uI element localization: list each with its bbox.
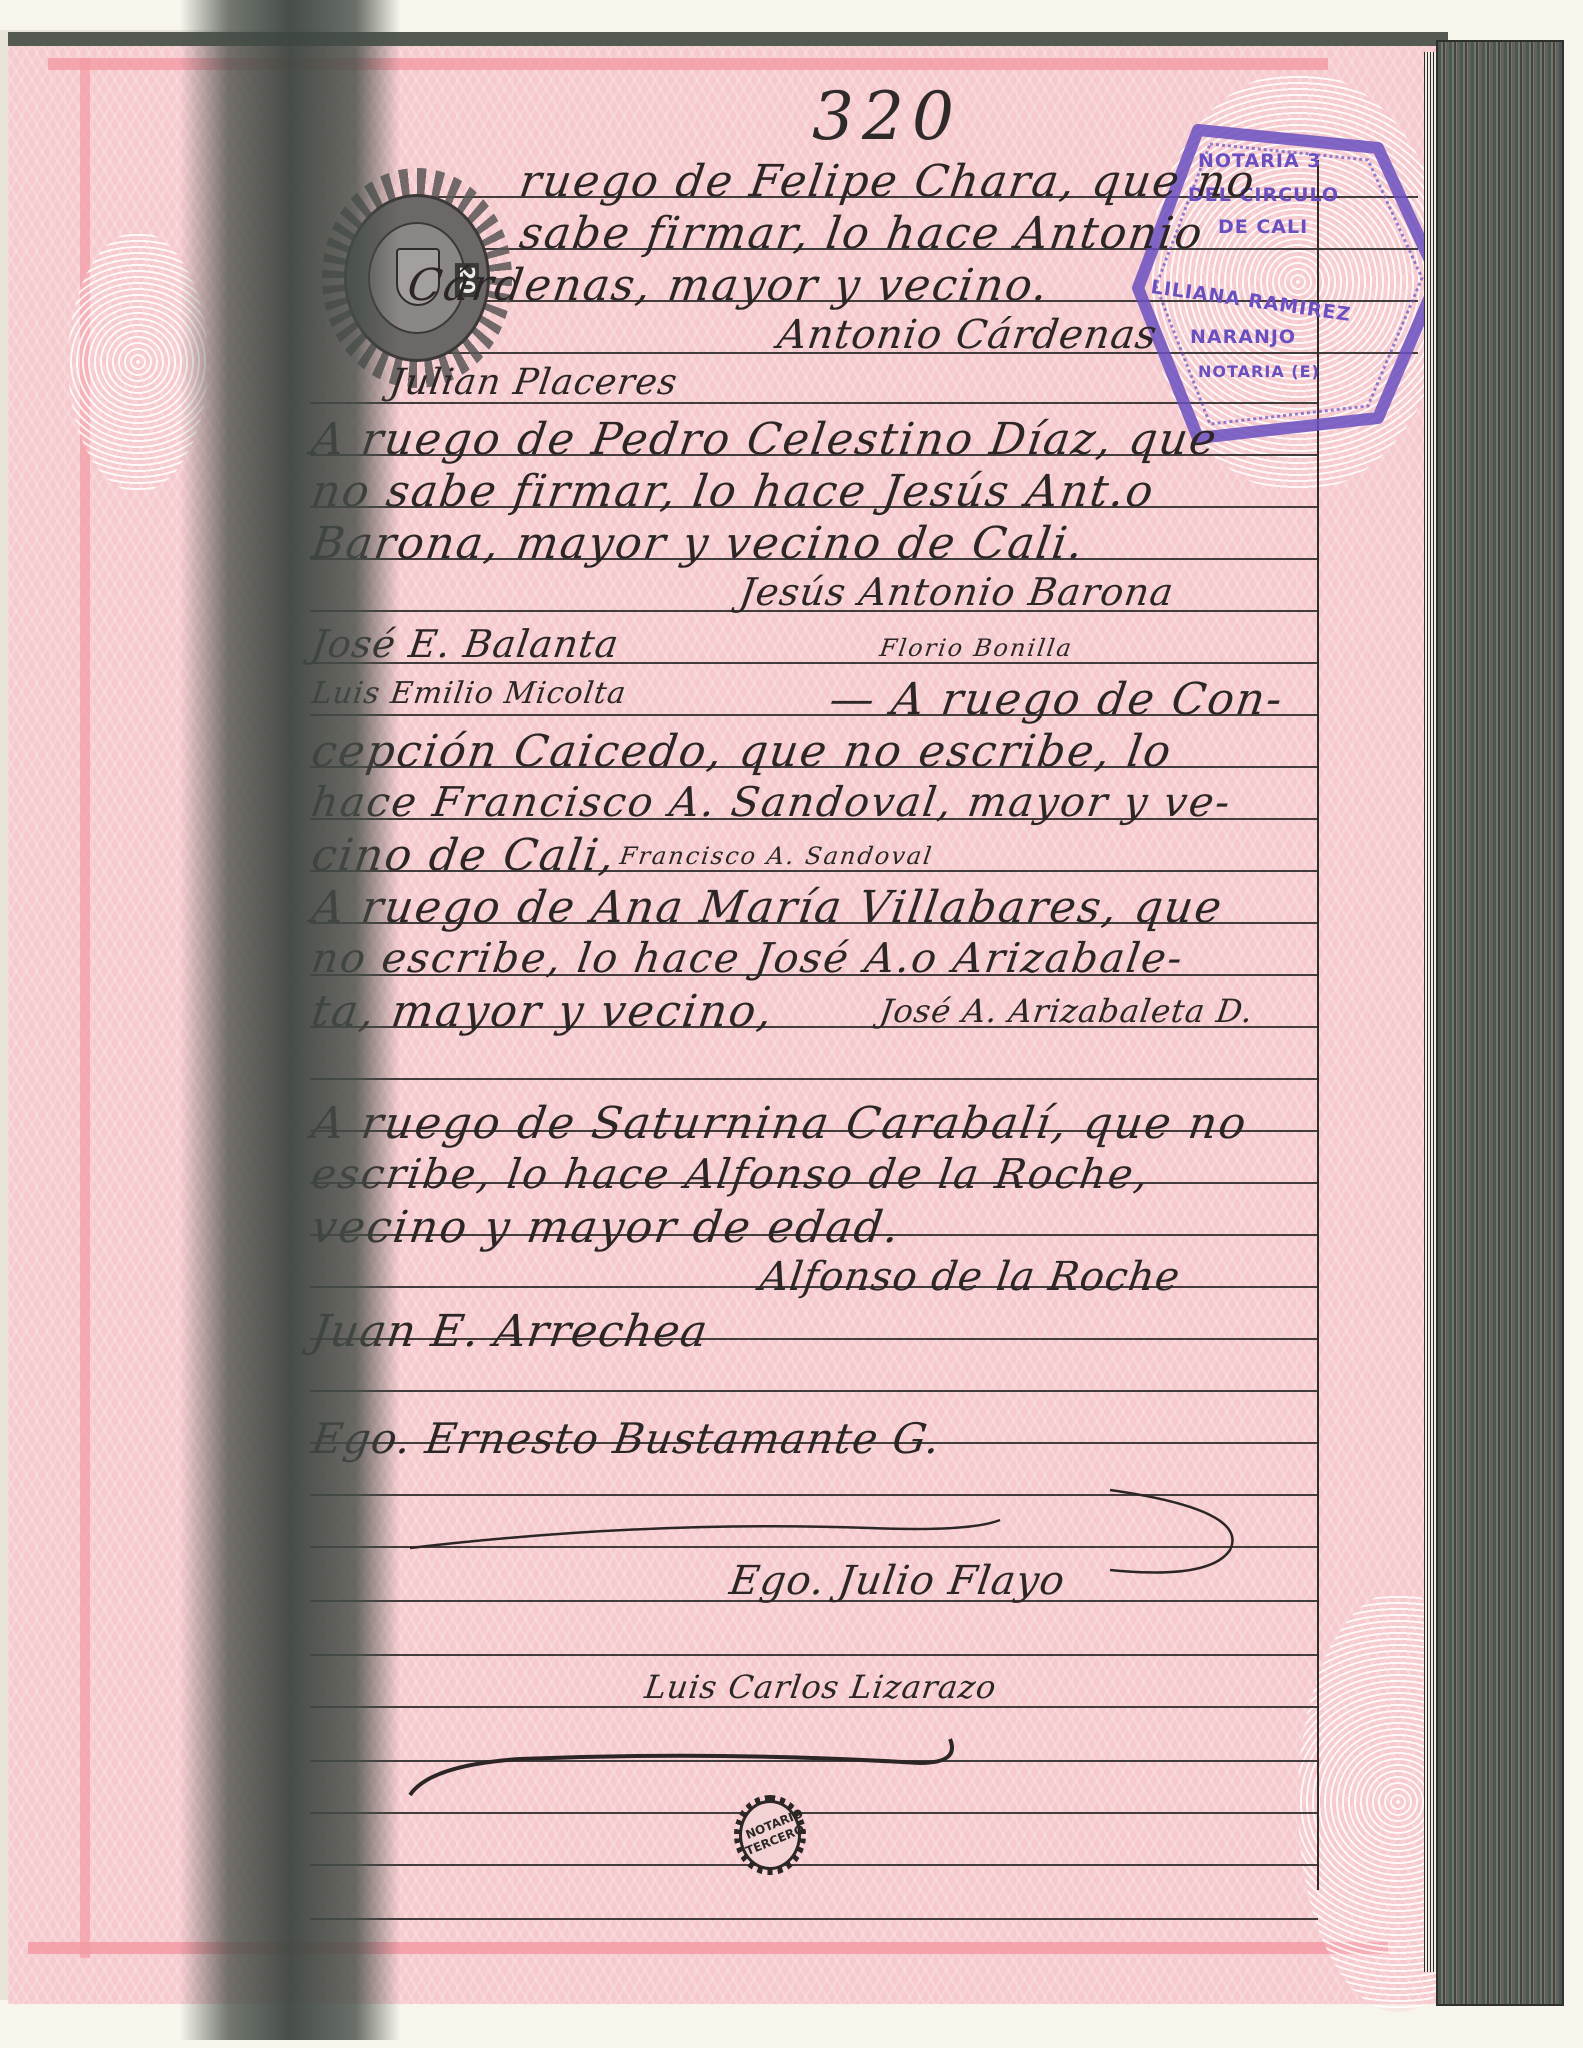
entry-text-line: A ruego de Saturnina Carabalí, que no <box>308 1098 1251 1149</box>
notario-tercero-seal: NOTARIO TERCERO <box>734 1795 806 1875</box>
entry-text-line: escribe, lo hace Alfonso de la Roche, <box>309 1150 1153 1198</box>
rule-line <box>310 1706 1318 1708</box>
entry-text-line: no escribe, lo hace José A.o Arizabale- <box>309 934 1187 982</box>
entry-text-line: sabe firmar, lo hace Antonio <box>516 208 1207 259</box>
entry-text-line: ruego de Felipe Chara, que no <box>516 156 1259 207</box>
entry-text-line: A ruego de Pedro Celestino Díaz, que <box>308 414 1221 465</box>
entry-text-line: A ruego de Ana María Villabares, que <box>308 882 1226 933</box>
signature: Julian Placeres <box>387 362 680 403</box>
entry-text-line: Barona, mayor y vecino de Cali. <box>308 518 1088 569</box>
signature: José A. Arizabaleta D. <box>877 992 1256 1030</box>
folio-number: 320 <box>812 78 962 155</box>
page-edge-lines <box>1424 52 1436 1972</box>
rule-line <box>310 1864 1318 1866</box>
rule-line <box>310 1390 1318 1392</box>
signature: Florio Bonilla <box>878 634 1075 662</box>
entry-text-line: hace Francisco A. Sandoval, mayor y ve- <box>309 778 1235 826</box>
entry-text-line: cepción Caicedo, que no escribe, lo <box>308 726 1175 777</box>
signature: Ego. Julio Flayo <box>727 1558 1068 1604</box>
signature: Francisco A. Sandoval <box>618 842 935 870</box>
notary-stamp-line: DE CALI <box>1218 216 1308 238</box>
page-edge-stack <box>1436 40 1564 2006</box>
rule-line <box>310 1918 1318 1920</box>
scanned-page: ESTE IMPRESO POR Municipal reducciones y… <box>0 0 1583 2048</box>
signature: Alfonso de la Roche <box>757 1254 1184 1300</box>
notary-stamp-line: NARANJO <box>1190 326 1296 348</box>
signature: Luis Carlos Lizarazo <box>642 1668 999 1706</box>
entry-text-line: — A ruego de Con- <box>826 674 1287 725</box>
signature: Antonio Cárdenas <box>775 312 1161 358</box>
signature: Jesús Antonio Barona <box>737 570 1177 614</box>
signature: Ego. Ernesto Bustamante G. <box>309 1414 944 1463</box>
rule-line <box>310 1812 1318 1814</box>
rule-line <box>310 1654 1318 1656</box>
rule-line <box>310 1078 1318 1080</box>
entry-text-line: Cárdenas, mayor y vecino. <box>404 260 1052 311</box>
entry-text-line: no sabe firmar, lo hace Jesús Ant.o <box>308 466 1158 517</box>
scanner-shadow <box>180 0 400 2040</box>
notary-stamp-line: NOTARIA (E) <box>1198 362 1320 381</box>
signature-flourish-icon <box>400 1735 960 1805</box>
